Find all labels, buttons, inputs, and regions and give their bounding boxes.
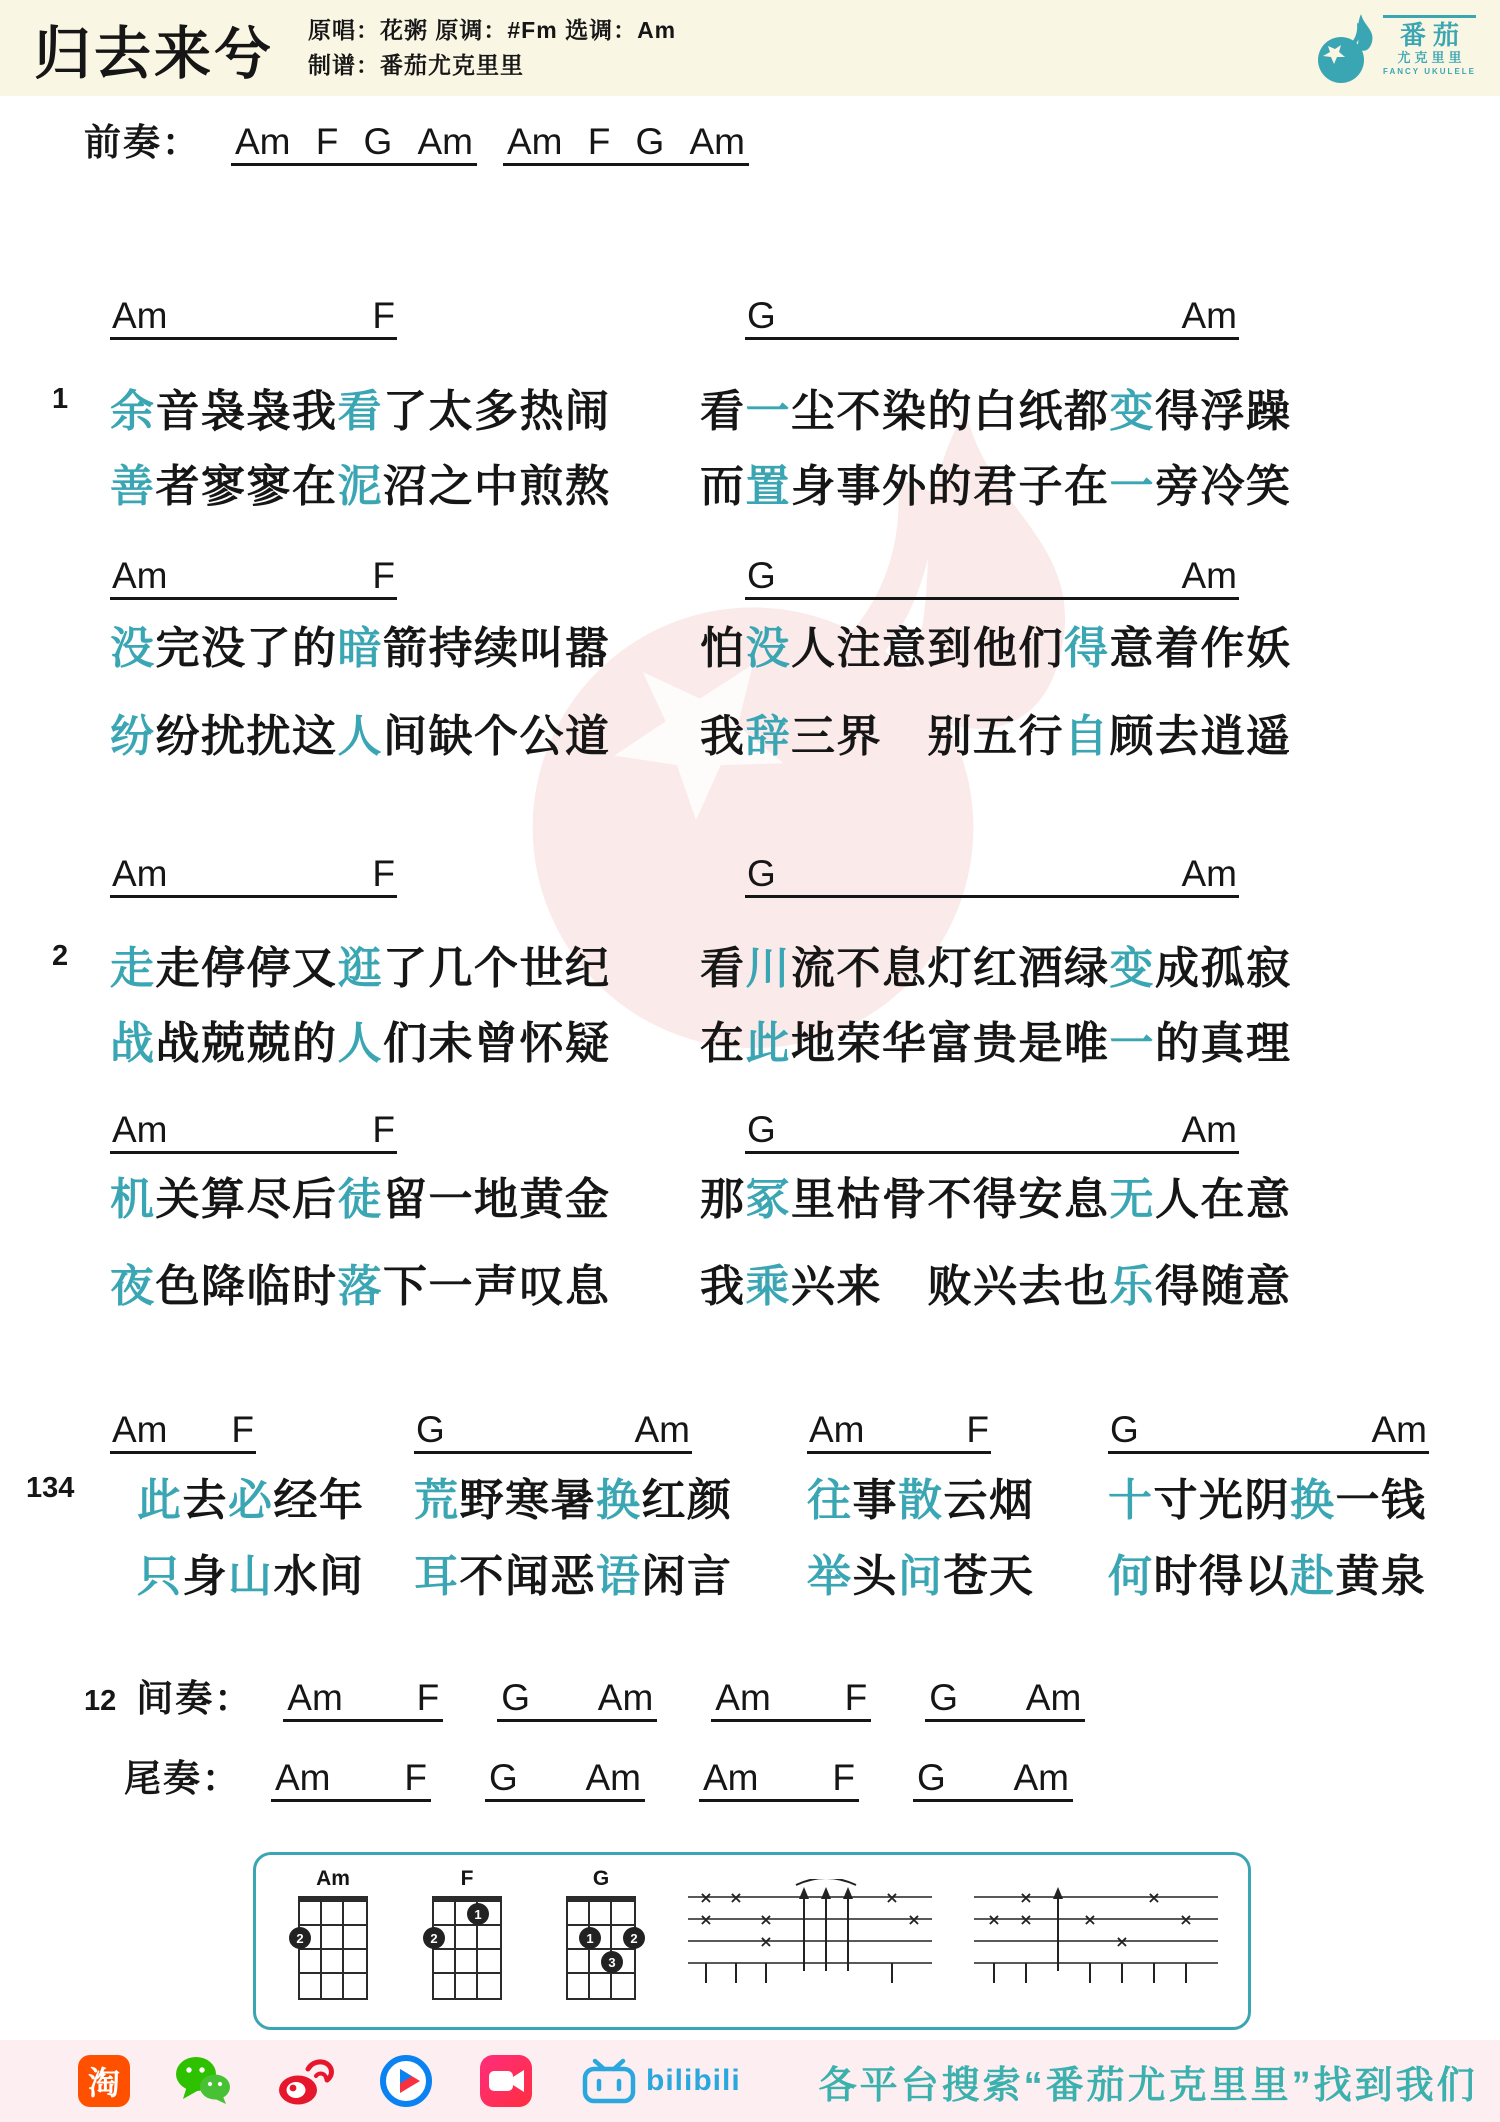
chord-label: Am (586, 1757, 642, 1799)
chord-label: Am (1182, 1109, 1238, 1151)
chord-measure: AmF (110, 285, 397, 340)
lyric-highlight: 徒 (338, 1175, 384, 1224)
lyric-phrase: 纷纷扰扰这人间缺个公道 (110, 700, 611, 764)
lyric-highlight: 逛 (338, 944, 384, 993)
lyric-text: 关算尽后 (156, 1175, 338, 1224)
fancy-ukulele-logo: 番茄 尤克里里 FANCY UKULELE (1315, 6, 1476, 86)
chord-label: F (832, 1757, 855, 1799)
lyric-text: 的真理 (1155, 1019, 1292, 1068)
lyric-phrase: 在此地荣华富贵是唯一的真理 (700, 1007, 1292, 1071)
lyric-phrase: 往事散云烟 (807, 1464, 1035, 1528)
chord-label: Am (598, 1677, 654, 1719)
lyric-text: 时得以 (1154, 1552, 1291, 1601)
chord-label: Am (1182, 555, 1238, 597)
logo-cn: 番茄 (1383, 21, 1483, 49)
lyric-highlight: 耳 (414, 1552, 460, 1601)
lyric-phrase: 十寸光阴换一钱 (1108, 1464, 1427, 1528)
lyric-text: 看 (700, 387, 746, 436)
lyric-text: 下一声叹息 (383, 1262, 611, 1311)
wechat-icon (174, 2054, 232, 2108)
verse2-line-2: 战战兢兢的人们未曾怀疑在此地荣华富贵是唯一的真理 (0, 1007, 1500, 1061)
strum-patterns: ×× × ×× ×× (684, 1879, 1222, 2001)
lyric-text: 沼之中煎熬 (383, 462, 611, 511)
lyric-text: 间缺个公道 (383, 712, 611, 761)
chord-label: Am (690, 121, 746, 163)
lyric-text: 去 (183, 1476, 229, 1525)
chord-measure: GAm (1108, 1399, 1429, 1454)
svg-text:×: × (699, 1910, 712, 1929)
chord-measure: AmFGAm (231, 113, 477, 166)
chord-label: Am (275, 1757, 331, 1799)
finger-dot: 2 (289, 1927, 311, 1949)
chord-sheet-page: 归去来兮 原唱：花粥 原调：#Fm 选调：Am 制谱：番茄尤克里里 番茄 尤克里… (0, 0, 1500, 2122)
lyric-phrase: 耳不闻恶语闲言 (414, 1540, 733, 1604)
chord-measure: GAm (745, 843, 1239, 898)
chord-label: G (747, 1109, 776, 1151)
interlude-number: 12 (84, 1685, 116, 1718)
lyric-phrase: 我辞三界 别五行自顾去逍遥 (700, 700, 1292, 764)
lyric-text: 看 (700, 944, 746, 993)
lyric-highlight: 何 (1108, 1552, 1154, 1601)
lyric-text: 野寒暑 (460, 1476, 597, 1525)
lyric-text: 红颜 (642, 1476, 733, 1525)
chord-label: G (501, 1677, 530, 1719)
svg-text:×: × (699, 1888, 712, 1907)
lyric-phrase: 善者寥寥在泥沼之中煎熬 (110, 450, 611, 514)
lyric-text: 色降临时 (156, 1262, 338, 1311)
lyric-text: 不闻恶 (460, 1552, 597, 1601)
lyric-highlight: 举 (807, 1552, 853, 1601)
finger-dot: 2 (423, 1927, 445, 1949)
lyric-text: 兴来 败兴去也 (791, 1262, 1110, 1311)
lyric-text: 黄泉 (1336, 1552, 1427, 1601)
chord-label: G (636, 121, 665, 163)
lyric-highlight: 往 (807, 1476, 853, 1525)
lyric-highlight: 问 (898, 1552, 944, 1601)
chord-label: Am (1026, 1677, 1082, 1719)
svg-text:×: × (907, 1910, 920, 1929)
chord-label: Am (1182, 853, 1238, 895)
lyric-text: 怕 (700, 624, 746, 673)
intro-label: 前奏： (84, 112, 201, 166)
lyric-text: 箭持续叫嚣 (383, 624, 611, 673)
chord-label: G (489, 1757, 518, 1799)
chord-measure: GAm (414, 1399, 692, 1454)
lyric-phrase: 举头问苍天 (807, 1540, 1035, 1604)
lyric-highlight: 战 (110, 1019, 156, 1068)
chord-diagram-label: Am (298, 1867, 368, 1891)
chord-label: Am (1372, 1409, 1428, 1451)
tencent-video-icon (378, 2053, 434, 2109)
lyric-highlight: 置 (746, 462, 792, 511)
chord-label: Am (809, 1409, 865, 1451)
lyric-text: 战兢兢的 (156, 1019, 338, 1068)
chord-measure: AmFGAm (503, 113, 749, 166)
lyric-text: 流不息灯红酒绿 (791, 944, 1110, 993)
chord-label: Am (112, 853, 168, 895)
lyric-text: 事 (853, 1476, 899, 1525)
verse1-line-1: 1 余音袅袅我看了太多热闹看一尘不染的白纸都变得浮躁 (0, 375, 1500, 429)
credit-line-2: 制谱：番茄尤克里里 (308, 48, 676, 83)
lyric-highlight: 夜 (110, 1262, 156, 1311)
chord-label: Am (507, 121, 563, 163)
finger-dot: 2 (623, 1927, 645, 1949)
chord-label: G (747, 555, 776, 597)
lyric-highlight: 自 (1064, 712, 1110, 761)
chord-measure: GAm (497, 1669, 657, 1722)
svg-text:×: × (729, 1888, 742, 1907)
chord-label: G (1110, 1409, 1139, 1451)
lyric-phrase: 走走停停又逛了几个世纪 (110, 932, 611, 996)
chord-measure: GAm (745, 1099, 1239, 1154)
chord-label: Am (287, 1677, 343, 1719)
lyric-text: 寸光阴 (1154, 1476, 1291, 1525)
lyric-text: 了太多热闹 (383, 387, 611, 436)
chord-label: G (929, 1677, 958, 1719)
lyric-phrase: 看川流不息灯红酒绿变成孤寂 (700, 932, 1292, 996)
chord-diagram-G: G123 (566, 1867, 636, 2000)
lyric-highlight: 一 (1110, 1019, 1156, 1068)
tomato-note-icon (1315, 6, 1377, 86)
chord-measure: GAm (925, 1669, 1085, 1722)
lyric-highlight: 没 (746, 624, 792, 673)
svg-text:×: × (885, 1888, 898, 1907)
chord-measure: GAm (745, 285, 1239, 340)
lyric-highlight: 变 (1110, 944, 1156, 993)
lyric-text: 闲言 (642, 1552, 733, 1601)
chord-label: G (416, 1409, 445, 1451)
lyric-text: 身事外的君子在 (791, 462, 1110, 511)
svg-text:×: × (1083, 1910, 1096, 1929)
verse1-chord-row-1: AmFGAm (0, 282, 1500, 340)
lyric-highlight: 人 (338, 712, 384, 761)
lyric-highlight: 荒 (414, 1476, 460, 1525)
lyric-text: 走停停又 (156, 944, 338, 993)
bridge-number: 134 (26, 1472, 74, 1505)
chord-label: Am (112, 555, 168, 597)
chord-diagram-Am: Am2 (298, 1867, 368, 2000)
lyric-phrase: 何时得以赴黄泉 (1108, 1540, 1427, 1604)
chord-label: F (372, 295, 395, 337)
lyric-text: 了几个世纪 (383, 944, 611, 993)
lyric-phrase: 只身山水间 (137, 1540, 365, 1604)
lyric-highlight: 走 (110, 944, 156, 993)
chord-diagram-F: F21 (432, 1867, 502, 2000)
verse1-chord-row-2: AmFGAm (0, 542, 1500, 600)
verse2-line-4: 夜色降临时落下一声叹息我乘兴来 败兴去也乐得随意 (0, 1250, 1500, 1304)
chord-label: F (588, 121, 611, 163)
interlude-line: 12 间奏： AmFGAmAmFGAm (124, 1668, 1139, 1722)
lyric-phrase: 看一尘不染的白纸都变得浮躁 (700, 375, 1292, 439)
svg-text:×: × (1147, 1888, 1160, 1907)
lyric-text: 完没了的 (156, 624, 338, 673)
chord-measure: AmF (110, 1399, 256, 1454)
svg-text:×: × (1019, 1888, 1032, 1907)
lyric-text: 身 (183, 1552, 229, 1601)
lyric-phrase: 而置身事外的君子在一旁冷笑 (700, 450, 1292, 514)
lyric-highlight: 散 (898, 1476, 944, 1525)
lyric-text: 那 (700, 1175, 746, 1224)
lyric-phrase: 那冢里枯骨不得安息无人在意 (700, 1163, 1292, 1227)
lyric-highlight: 落 (338, 1262, 384, 1311)
interlude-label: 间奏： (136, 1668, 253, 1722)
lyric-text: 得随意 (1155, 1262, 1292, 1311)
outro-label: 尾奏： (124, 1748, 241, 1802)
lyric-text: 们未曾怀疑 (383, 1019, 611, 1068)
lyric-text: 云烟 (944, 1476, 1035, 1525)
finger-dot: 1 (467, 1903, 489, 1925)
chord-label: Am (235, 121, 291, 163)
chord-label: F (404, 1757, 427, 1799)
chord-label: Am (703, 1757, 759, 1799)
lyric-highlight: 乘 (746, 1262, 792, 1311)
taobao-icon: 淘 (78, 2055, 130, 2107)
chord-label: Am (418, 121, 474, 163)
lyric-highlight: 川 (746, 944, 792, 993)
credit-line-1: 原唱：花粥 原调：#Fm 选调：Am (308, 13, 676, 48)
lyric-highlight: 语 (596, 1552, 642, 1601)
lyric-phrase: 夜色降临时落下一声叹息 (110, 1250, 611, 1314)
bridge-chord-row: AmFGAmAmFGAm (0, 1396, 1500, 1454)
lyric-text: 人注意到他们 (791, 624, 1064, 673)
lyric-highlight: 十 (1108, 1476, 1154, 1525)
lyric-highlight: 山 (228, 1552, 274, 1601)
intro-chords: AmFGAmAmFGAm (231, 113, 775, 166)
outro-chords: AmFGAmAmFGAm (271, 1749, 1127, 1802)
lyric-highlight: 换 (1290, 1476, 1336, 1525)
lyric-text: 我 (700, 1262, 746, 1311)
chord-label: F (231, 1409, 254, 1451)
lyric-text: 意着作妖 (1110, 624, 1292, 673)
song-credits: 原唱：花粥 原调：#Fm 选调：Am 制谱：番茄尤克里里 (308, 13, 676, 83)
chord-label: F (372, 555, 395, 597)
verse2-number: 2 (52, 940, 68, 973)
logo-en: FANCY UKULELE (1383, 66, 1476, 77)
strum-pattern-1: ×× × ×× ×× (684, 1879, 936, 2001)
lyric-phrase: 我乘兴来 败兴去也乐得随意 (700, 1250, 1292, 1314)
song-title: 归去来兮 (34, 8, 274, 90)
verse2-line-1: 2 走走停停又逛了几个世纪看川流不息灯红酒绿变成孤寂 (0, 932, 1500, 986)
chord-diagram-panel: Am2F21G123 ×× × ×× ×× (253, 1852, 1251, 2030)
lyric-text: 者寥寥在 (156, 462, 338, 511)
chord-measure: AmF (283, 1669, 443, 1722)
verse2-chord-row-1: AmFGAm (0, 840, 1500, 898)
svg-text:×: × (759, 1932, 772, 1951)
lyric-highlight: 换 (596, 1476, 642, 1525)
chord-label: F (372, 853, 395, 895)
lyric-text: 而 (700, 462, 746, 511)
header-band: 归去来兮 原唱：花粥 原调：#Fm 选调：Am 制谱：番茄尤克里里 番茄 尤克里… (0, 0, 1500, 96)
chord-measure: AmF (110, 1099, 397, 1154)
lyric-highlight: 赴 (1290, 1552, 1336, 1601)
lyric-highlight: 人 (338, 1019, 384, 1068)
chord-label: Am (1014, 1757, 1070, 1799)
lyric-phrase: 怕没人注意到他们得意着作妖 (700, 612, 1292, 676)
lyric-highlight: 乐 (1110, 1262, 1156, 1311)
strum-pattern-2: ××× ×××× (970, 1879, 1222, 2001)
fretboard-grid: 2 (298, 1896, 368, 2000)
chord-label: Am (112, 1409, 168, 1451)
finger-dot: 1 (579, 1927, 601, 1949)
lyric-highlight: 泥 (338, 462, 384, 511)
intro-line: 前奏： AmFGAmAmFGAm (84, 112, 775, 166)
lyric-text: 音袅袅我 (156, 387, 338, 436)
svg-text:×: × (1019, 1910, 1032, 1929)
chord-measure: AmF (271, 1749, 431, 1802)
lyric-text: 苍天 (944, 1552, 1035, 1601)
lyric-highlight: 没 (110, 624, 156, 673)
verse2-chord-row-2: AmFGAm (0, 1096, 1500, 1154)
lyric-text: 成孤寂 (1155, 944, 1292, 993)
lyric-phrase: 荒野寒暑换红颜 (414, 1464, 733, 1528)
fretboard-grid: 123 (566, 1896, 636, 2000)
lyric-phrase: 战战兢兢的人们未曾怀疑 (110, 1007, 611, 1071)
lyric-text: 顾去逍遥 (1110, 712, 1292, 761)
lyric-text: 我 (700, 712, 746, 761)
chord-label: F (372, 1109, 395, 1151)
lyric-text: 一钱 (1336, 1476, 1427, 1525)
chord-diagram-label: F (432, 1867, 502, 1891)
lyric-text: 留一地黄金 (383, 1175, 611, 1224)
chord-measure: AmF (110, 843, 397, 898)
verse2-line-3: 机关算尽后徒留一地黄金那冢里枯骨不得安息无人在意 (0, 1163, 1500, 1217)
lyric-highlight: 此 (137, 1476, 183, 1525)
interlude-chords: AmFGAmAmFGAm (283, 1669, 1139, 1722)
fretboard-grid: 21 (432, 1896, 502, 2000)
lyric-highlight: 一 (746, 387, 792, 436)
lyric-highlight: 此 (746, 1019, 792, 1068)
lyric-highlight: 只 (137, 1552, 183, 1601)
lyric-highlight: 必 (228, 1476, 274, 1525)
lyric-highlight: 变 (1110, 387, 1156, 436)
lyric-highlight: 暗 (338, 624, 384, 673)
bilibili-icon: bilibili (578, 2055, 741, 2107)
lyric-text: 人在意 (1155, 1175, 1292, 1224)
chord-label: F (845, 1677, 868, 1719)
chord-measure: AmF (699, 1749, 859, 1802)
lyric-highlight: 纷 (110, 712, 156, 761)
lyric-text: 头 (853, 1552, 899, 1601)
chord-measure: GAm (913, 1749, 1073, 1802)
lyric-highlight: 冢 (746, 1175, 792, 1224)
logo-wordmark: 番茄 尤克里里 FANCY UKULELE (1383, 15, 1476, 77)
lyric-text: 尘不染的白纸都 (791, 387, 1110, 436)
verse1-line-2: 善者寥寥在泥沼之中煎熬而置身事外的君子在一旁冷笑 (0, 450, 1500, 504)
lyric-text: 旁冷笑 (1155, 462, 1292, 511)
lyric-phrase: 没完没了的暗箭持续叫嚣 (110, 612, 611, 676)
lyric-text: 水间 (274, 1552, 365, 1601)
lyric-highlight: 看 (338, 387, 384, 436)
chord-label: F (417, 1677, 440, 1719)
verse1-line-4: 纷纷扰扰这人间缺个公道我辞三界 别五行自顾去逍遥 (0, 700, 1500, 754)
chord-label: G (917, 1757, 946, 1799)
lyric-text: 里枯骨不得安息 (791, 1175, 1110, 1224)
svg-text:×: × (1115, 1932, 1128, 1951)
lyric-highlight: 一 (1110, 462, 1156, 511)
outro-line: 尾奏： AmFGAmAmFGAm (124, 1748, 1127, 1802)
chord-measure: GAm (485, 1749, 645, 1802)
svg-text:×: × (1179, 1910, 1192, 1929)
lyric-text: 地荣华富贵是唯 (791, 1019, 1110, 1068)
chord-label: G (364, 121, 393, 163)
chord-measure: AmF (711, 1669, 871, 1722)
lyric-text: 在 (700, 1019, 746, 1068)
lyric-phrase: 机关算尽后徒留一地黄金 (110, 1163, 611, 1227)
bridge-line-2: 只身山水间耳不闻恶语闲言举头问苍天何时得以赴黄泉 (0, 1540, 1500, 1594)
finger-dot: 3 (601, 1951, 623, 1973)
lyric-phrase: 此去必经年 (137, 1464, 365, 1528)
chord-diagrams: Am2F21G123 (298, 1867, 636, 2000)
chord-measure: AmF (110, 545, 397, 600)
svg-text:×: × (759, 1910, 772, 1929)
bilibili-wordmark: bilibili (646, 2064, 741, 2098)
chord-label: G (747, 295, 776, 337)
lyric-highlight: 机 (110, 1175, 156, 1224)
lyric-text: 三界 别五行 (791, 712, 1064, 761)
lyric-highlight: 得 (1064, 624, 1110, 673)
lyric-highlight: 辞 (746, 712, 792, 761)
lyric-text: 纷扰扰这 (156, 712, 338, 761)
chord-label: F (966, 1409, 989, 1451)
verse1-number: 1 (52, 383, 68, 416)
chord-label: Am (715, 1677, 771, 1719)
chord-measure: AmF (807, 1399, 991, 1454)
footer-search-text: 各平台搜索“番茄尤克里里”找到我们 (819, 2054, 1478, 2109)
chord-diagram-label: G (566, 1867, 636, 1891)
verse1-line-3: 没完没了的暗箭持续叫嚣怕没人注意到他们得意着作妖 (0, 612, 1500, 666)
chord-label: Am (1182, 295, 1238, 337)
chord-label: Am (112, 295, 168, 337)
lyric-text: 得浮躁 (1155, 387, 1292, 436)
bridge-line-1: 134 此去必经年荒野寒暑换红颜往事散云烟十寸光阴换一钱 (0, 1464, 1500, 1518)
lyric-text: 经年 (274, 1476, 365, 1525)
logo-cn2: 尤克里里 (1383, 49, 1480, 66)
chord-label: G (747, 853, 776, 895)
svg-text:×: × (987, 1910, 1000, 1929)
footer-band: 淘 (0, 2040, 1500, 2122)
chord-label: Am (112, 1109, 168, 1151)
lyric-highlight: 余 (110, 387, 156, 436)
weishi-video-icon (478, 2053, 534, 2109)
chord-measure: GAm (745, 545, 1239, 600)
weibo-icon (276, 2054, 334, 2108)
lyric-highlight: 善 (110, 462, 156, 511)
chord-label: Am (635, 1409, 691, 1451)
lyric-highlight: 无 (1110, 1175, 1156, 1224)
chord-label: F (316, 121, 339, 163)
lyric-phrase: 余音袅袅我看了太多热闹 (110, 375, 611, 439)
